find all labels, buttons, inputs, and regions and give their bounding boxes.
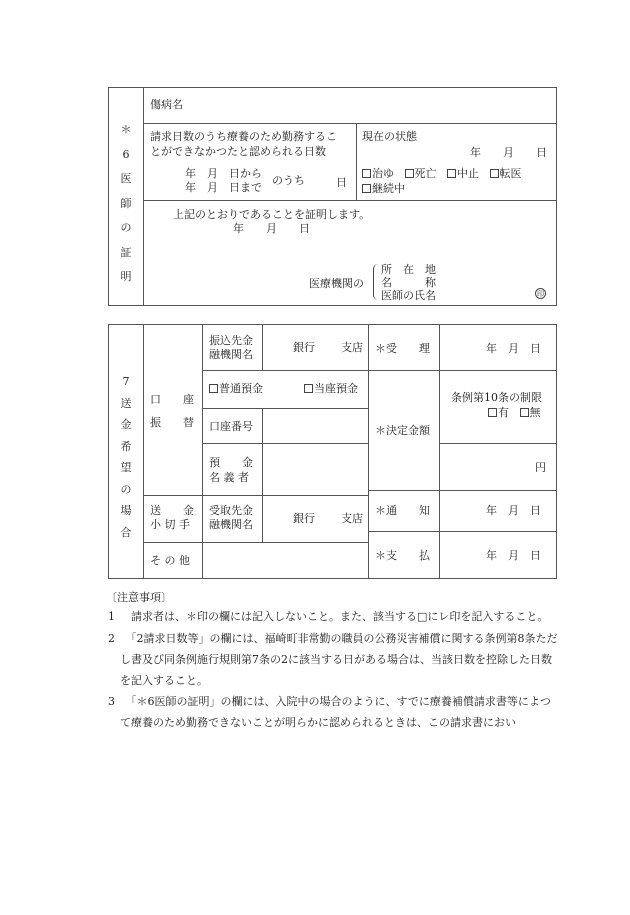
article-limit-label: 条例第10条の制限	[451, 392, 542, 403]
notes-heading: 〔注意事項〕	[106, 590, 558, 606]
limit-options: 有 無	[488, 407, 541, 418]
status-option-continuing[interactable]: 継続中	[362, 183, 405, 194]
received-date[interactable]: 年 月 日	[486, 343, 541, 354]
seal-icon: 印	[535, 288, 546, 299]
holder-label-1: 預 金	[209, 457, 253, 468]
checkbox-icon[interactable]	[405, 169, 414, 178]
brace	[373, 264, 379, 300]
period-from[interactable]: 年 月 日から	[185, 168, 262, 179]
deposit-current[interactable]: 当座預金	[304, 383, 358, 394]
checkbox-icon[interactable]	[209, 384, 218, 393]
receive-bank-label-2: 融機関名	[209, 519, 253, 530]
decision-amount-label: ＊決定金額	[375, 425, 430, 436]
limit-no[interactable]: 無	[520, 406, 541, 419]
branch-suffix[interactable]: 支店	[341, 342, 363, 353]
received-label: ＊受 理	[375, 343, 430, 354]
certify-date[interactable]: 年 月 日	[233, 223, 310, 234]
amount-yen[interactable]: 円	[535, 462, 546, 473]
other-field[interactable]	[204, 544, 366, 577]
status-date[interactable]: 年 月 日	[470, 147, 547, 158]
notice-label: ＊通 知	[375, 505, 430, 516]
notes-section: 〔注意事項〕 1 請求者は、＊印の欄には記入しないこと。また、該当する□にレ印を…	[108, 590, 558, 733]
deposit-ordinary[interactable]: 普通預金	[209, 383, 263, 394]
money-order-label-1: 送 金	[150, 505, 194, 516]
notice-date[interactable]: 年 月 日	[486, 505, 541, 516]
institution-address-label: 所 在 地	[381, 264, 436, 275]
injury-name-field[interactable]	[200, 90, 550, 120]
checkbox-icon[interactable]	[362, 184, 371, 193]
doctor-name-label: 医師の氏名	[381, 290, 436, 301]
status-label: 現在の状態	[362, 131, 417, 142]
injury-name-label: 傷病名	[150, 99, 183, 110]
receive-bank-suffix[interactable]: 銀行	[293, 513, 315, 524]
checkbox-icon[interactable]	[362, 169, 371, 178]
holder-name-field[interactable]	[264, 445, 366, 493]
account-transfer-label-1: 口 座	[150, 394, 194, 405]
period-within: のうち	[272, 175, 305, 186]
limit-yes[interactable]: 有	[488, 406, 509, 419]
remittance-section-label: 7 送 金 希 望 の 場 合	[109, 371, 143, 543]
bank-name-label-1: 振込先金	[209, 335, 253, 346]
note-item: 2 「2請求日数等」の欄には、福崎町非常勤の職員の公務災害補償に関する条例第8条…	[108, 628, 558, 691]
status-option-cured[interactable]: 治ゆ	[362, 167, 394, 180]
certify-text: 上記のとおりであることを証明します。	[173, 209, 370, 220]
holder-label-2: 名 義 者	[209, 472, 249, 483]
account-number-label: 口座番号	[209, 421, 253, 432]
institution-name-label: 名 称	[381, 277, 436, 288]
note-item: 1 請求者は、＊印の欄には記入しないこと。また、該当する□にレ印を記入すること。	[108, 610, 558, 625]
bank-suffix[interactable]: 銀行	[293, 342, 315, 353]
checkbox-icon[interactable]	[520, 408, 529, 417]
period-to[interactable]: 年 月 日まで	[185, 182, 262, 193]
institution-prefix: 医療機関の	[309, 278, 364, 289]
other-label: そ の 他	[150, 555, 190, 566]
period-days[interactable]: 日	[336, 177, 347, 188]
payment-label: ＊支 払	[375, 550, 430, 561]
bank-name-label-2: 融機関名	[209, 349, 253, 360]
days-label-line1: 請求日数のうち療養のため勤務するこ	[150, 131, 337, 142]
receive-branch-suffix[interactable]: 支店	[341, 513, 363, 524]
payment-date[interactable]: 年 月 日	[486, 550, 541, 561]
checkbox-icon[interactable]	[304, 384, 313, 393]
status-options: 治ゆ 死亡 中止 転医	[362, 168, 522, 179]
status-option-transfer[interactable]: 転医	[490, 167, 522, 180]
checkbox-icon[interactable]	[447, 169, 456, 178]
status-option-stopped[interactable]: 中止	[447, 167, 479, 180]
receive-bank-label-1: 受取先金	[209, 505, 253, 516]
doctor-section-label: ＊ 6 医 師 の 証 明	[109, 118, 143, 290]
note-item: 3 「＊6医師の証明」の欄には、入院中の場合のように、すでに療養補償請求書等によ…	[108, 691, 558, 733]
days-label-line2: とができなかつたと認められる日数	[150, 146, 326, 157]
account-transfer-label-2: 振 替	[150, 417, 194, 428]
checkbox-icon[interactable]	[490, 169, 499, 178]
account-number-field[interactable]	[264, 410, 366, 442]
checkbox-icon[interactable]	[488, 408, 497, 417]
money-order-label-2: 小 切 手	[150, 519, 190, 530]
status-option-death[interactable]: 死亡	[405, 167, 437, 180]
